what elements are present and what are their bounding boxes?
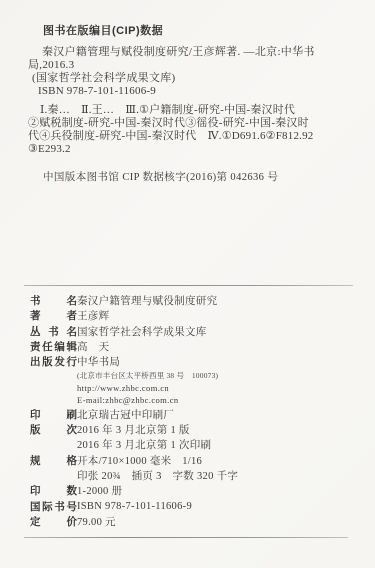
colophon-subrow-printing: 2016 年 3 月北京第 1 次印刷 xyxy=(30,437,365,452)
cip-isbn-line: ISBN 978-7-101-11606-9 xyxy=(28,85,362,98)
sheet-count-info: 印张 20¾ 插页 3 字数 320 千字 xyxy=(77,468,238,483)
colophon-row-print-run: 印 数 1-2000 册 xyxy=(30,483,365,498)
cip-classification-line: ③E293.2 xyxy=(28,143,364,156)
cip-classification-block: Ⅰ.秦… Ⅱ.王… Ⅲ.①户籍制度-研究-中国-秦汉时代 ②赋税制度-研究-中国… xyxy=(28,104,364,156)
colophon-row-value: ISBN 978-7-101-11606-9 xyxy=(77,501,192,512)
colophon-subrow-website: http://www.zhbc.com.cn xyxy=(30,382,365,394)
colophon-table: 书 名 秦汉户籍管理与赋役制度研究 著 者 王彦辉 丛 书 名 国家哲学社会科学… xyxy=(30,288,365,529)
colophon-row-value: 1-2000 册 xyxy=(77,483,122,498)
colophon-row-value: 秦汉户籍管理与赋役制度研究 xyxy=(77,293,217,308)
colophon-row-label: 责任编辑 xyxy=(30,339,77,354)
colophon-row-edition: 版 次 2016 年 3 月北京第 1 版 xyxy=(30,422,365,437)
cip-record-line: 局,2016.3 xyxy=(28,59,362,72)
colophon-row-value: 79.00 元 xyxy=(77,514,116,529)
colophon-row-printer: 印 刷 北京瑞古冠中印刷厂 xyxy=(30,407,365,422)
colophon-row-value: 北京瑞古冠中印刷厂 xyxy=(77,407,174,422)
cip-record-line: 秦汉户籍管理与赋役制度研究/王彦辉著. —北京:中华书 xyxy=(28,46,362,59)
cip-header-title: 图书在版编目(CIP)数据 xyxy=(43,22,163,38)
colophon-row-label: 丛 书 名 xyxy=(30,324,77,339)
colophon-row-label: 著 者 xyxy=(30,308,77,323)
divider-bottom xyxy=(24,537,348,538)
cip-record-block: 秦汉户籍管理与赋役制度研究/王彦辉著. —北京:中华书 局,2016.3 (国家… xyxy=(28,46,362,98)
colophon-row-value: 中华书局 xyxy=(77,354,120,369)
printing-info: 2016 年 3 月北京第 1 次印刷 xyxy=(77,437,211,452)
publisher-email: E-mail:zhbc@zhbc.com.cn xyxy=(77,395,179,405)
colophon-row-editor: 责任编辑 高 天 xyxy=(30,339,365,354)
colophon-subrow-email: E-mail:zhbc@zhbc.com.cn xyxy=(30,394,365,406)
colophon-row-label: 国际书号 xyxy=(30,499,77,514)
colophon-row-book-title: 书 名 秦汉户籍管理与赋役制度研究 xyxy=(30,293,365,308)
colophon-row-format: 规 格 开本/710×1000 毫米 1/16 xyxy=(30,453,365,468)
colophon-row-publisher: 出版发行 中华书局 xyxy=(30,354,365,369)
cip-classification-line: 代④兵役制度-研究-中国-秦汉时代 Ⅳ.①D691.6②F812.92 xyxy=(28,130,364,143)
cip-copyright-page: 图书在版编目(CIP)数据 秦汉户籍管理与赋役制度研究/王彦辉著. —北京:中华… xyxy=(0,0,375,568)
colophon-row-isbn: 国际书号 ISBN 978-7-101-11606-9 xyxy=(30,498,365,513)
publisher-address: (北京市丰台区太平桥西里 38 号 100073) xyxy=(77,370,218,381)
colophon-row-label: 印 刷 xyxy=(30,407,77,422)
colophon-row-author: 著 者 王彦辉 xyxy=(30,308,365,323)
colophon-row-label: 出版发行 xyxy=(30,354,77,369)
cip-classification-line: ②赋税制度-研究-中国-秦汉时代③徭役-研究-中国-秦汉时 xyxy=(28,117,364,130)
colophon-row-value: 开本/710×1000 毫米 1/16 xyxy=(77,453,202,468)
colophon-row-series: 丛 书 名 国家哲学社会科学成果文库 xyxy=(30,324,365,339)
publisher-website: http://www.zhbc.com.cn xyxy=(77,383,169,393)
colophon-row-value: 2016 年 3 月北京第 1 版 xyxy=(77,422,190,437)
colophon-subrow-address: (北京市丰台区太平桥西里 38 号 100073) xyxy=(30,369,365,381)
colophon-row-label: 版 次 xyxy=(30,422,77,437)
cip-series-line: (国家哲学社会科学成果文库) xyxy=(28,72,362,85)
cip-classification-line: Ⅰ.秦… Ⅱ.王… Ⅲ.①户籍制度-研究-中国-秦汉时代 xyxy=(28,104,364,117)
divider-top xyxy=(24,285,353,286)
colophon-subrow-sheets: 印张 20¾ 插页 3 字数 320 千字 xyxy=(30,468,365,483)
cip-registration-number: 中国版本图书馆 CIP 数据核字(2016)第 042636 号 xyxy=(43,169,278,184)
colophon-row-label: 定 价 xyxy=(30,514,77,529)
colophon-row-label: 印 数 xyxy=(30,483,77,498)
colophon-row-value: 高 天 xyxy=(77,339,109,354)
colophon-row-value: 国家哲学社会科学成果文库 xyxy=(77,324,207,339)
colophon-row-label: 书 名 xyxy=(30,293,77,308)
colophon-row-label: 规 格 xyxy=(30,453,77,468)
colophon-row-value: 王彦辉 xyxy=(77,308,109,323)
colophon-row-price: 定 价 79.00 元 xyxy=(30,514,365,529)
